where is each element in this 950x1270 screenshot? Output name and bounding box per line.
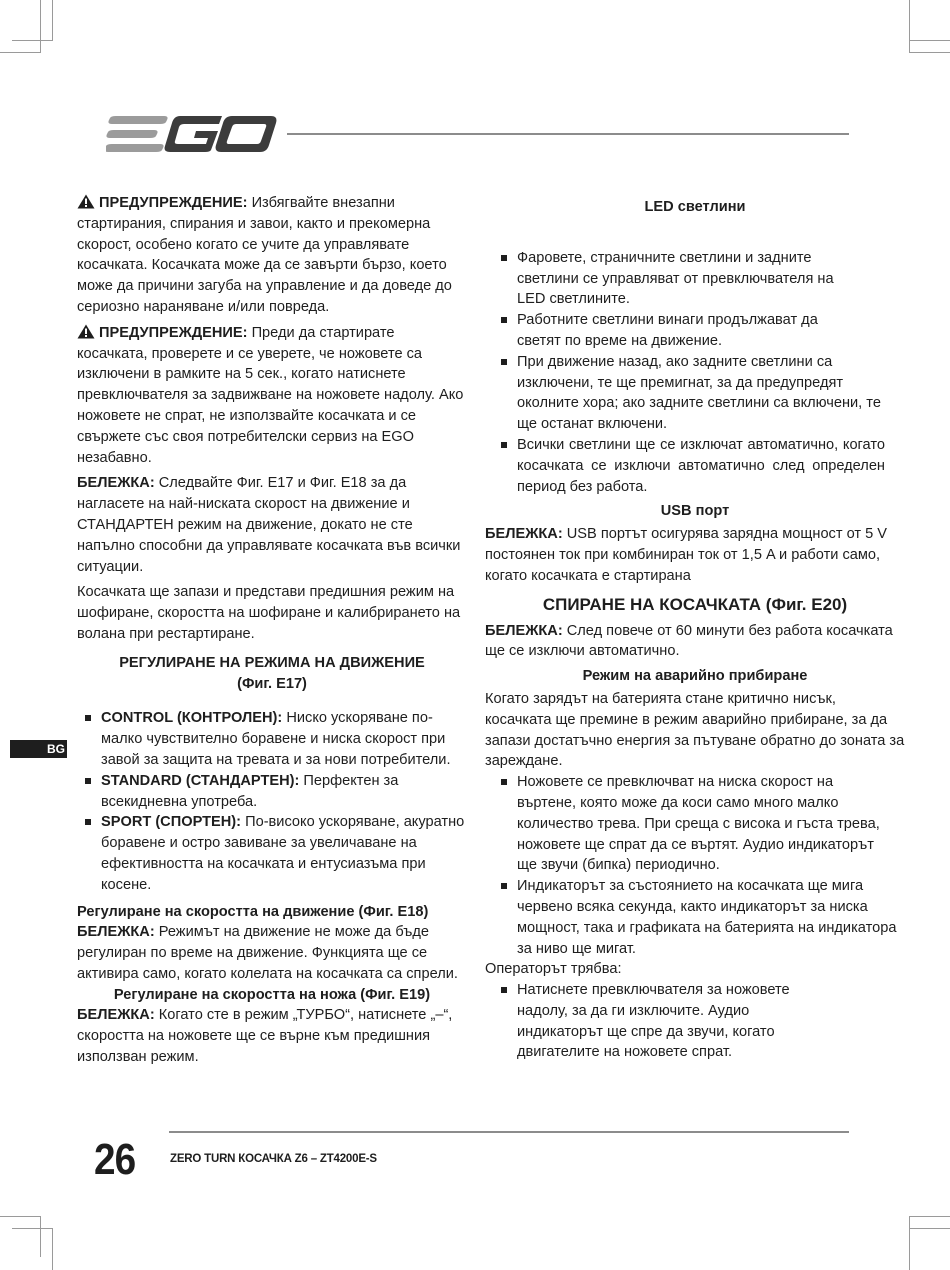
note-usb: БЕЛЕЖКА: USB портът осигурява зарядна мо… (485, 524, 905, 586)
note-auto-shutdown: БЕЛЕЖКА: След повече от 60 минути без ра… (485, 621, 905, 663)
square-bullet-icon (85, 778, 91, 784)
footer-title: ZERO TURN КОСАЧКА Z6 – ZT4200E-S (170, 1153, 377, 1165)
note-label: БЕЛЕЖКА: (77, 475, 155, 491)
square-bullet-icon (85, 715, 91, 721)
right-column: LED светлини Фаровете, страничните светл… (485, 197, 905, 1063)
square-bullet-icon (501, 987, 507, 993)
note-label: БЕЛЕЖКА: (77, 924, 155, 940)
left-column: ПРЕДУПРЕЖДЕНИЕ: Избягвайте внезапни стар… (77, 193, 467, 1068)
list-item: Фаровете, страничните светлини и задните… (485, 248, 905, 310)
square-bullet-icon (501, 442, 507, 448)
heading-stopping-mower: СПИРАНЕ НА КОСАЧКАТА (Фиг. E20) (485, 593, 905, 617)
square-bullet-icon (501, 779, 507, 785)
para-limp-home: Когато зарядът на батерията стане критич… (485, 689, 905, 772)
square-bullet-icon (501, 359, 507, 365)
square-bullet-icon (501, 883, 507, 889)
warning-label: ПРЕДУПРЕЖДЕНИЕ: (99, 195, 248, 211)
heading-usb-port: USB порт (485, 501, 905, 522)
warning-label: ПРЕДУПРЕЖДЕНИЕ: (99, 325, 248, 341)
language-tab: BG (10, 740, 67, 758)
limp-home-list: Ножовете се превключват на ниска скорост… (485, 772, 905, 959)
list-item: Всички светлини ще се изключат автоматич… (485, 435, 905, 497)
para-memory: Косачката ще запази и представи предишни… (77, 582, 467, 644)
list-item: При движение назад, ако задните светлини… (485, 352, 905, 435)
drive-mode-list: CONTROL (КОНТРОЛЕН): Ниско ускоряване по… (77, 708, 467, 895)
footer-rule (169, 1131, 849, 1133)
square-bullet-icon (85, 819, 91, 825)
note-label: БЕЛЕЖКА: (77, 1007, 155, 1023)
note-lowest-speed: БЕЛЕЖКА: Следвайте Фиг. E17 и Фиг. E18 з… (77, 473, 467, 577)
page-number: 26 (94, 1135, 135, 1185)
list-item-control-mode: CONTROL (КОНТРОЛЕН): Ниско ускоряване по… (77, 708, 467, 770)
warning-triangle-icon (77, 194, 95, 209)
list-item: Ножовете се превключват на ниска скорост… (485, 772, 905, 876)
header-rule (287, 133, 849, 135)
list-item-sport-mode: SPORT (СПОРТЕН): По-високо ускоряване, а… (77, 812, 467, 895)
warning-blades-check: ПРЕДУПРЕЖДЕНИЕ: Преди да стартирате коса… (77, 323, 467, 469)
list-item: Работните светлини винаги продължават да… (485, 310, 905, 352)
heading-limp-home-mode: Режим на аварийно прибиране (485, 666, 905, 687)
warning-triangle-icon (77, 324, 95, 339)
note-label: БЕЛЕЖКА: (485, 526, 563, 542)
operator-label: Операторът трябва: (485, 959, 905, 980)
list-item: Натиснете превключвателя за ножовете над… (485, 980, 905, 1063)
square-bullet-icon (501, 317, 507, 323)
heading-drive-mode: РЕГУЛИРАНЕ НА РЕЖИМА НА ДВИЖЕНИЕ (Фиг. E… (77, 653, 467, 695)
warning-sudden-movements: ПРЕДУПРЕЖДЕНИЕ: Избягвайте внезапни стар… (77, 193, 467, 318)
note-drive-mode-adjust: БЕЛЕЖКА: Режимът на движение не може да … (77, 922, 467, 984)
heading-drive-speed: Регулиране на скоростта на движение (Фиг… (77, 902, 467, 923)
operator-list: Натиснете превключвателя за ножовете над… (485, 980, 905, 1063)
heading-led-lights: LED светлини (485, 197, 905, 218)
note-label: БЕЛЕЖКА: (485, 623, 563, 639)
list-item-standard-mode: STANDARD (СТАНДАРТЕН): Перфектен за всек… (77, 771, 467, 813)
ego-logo (106, 114, 278, 154)
led-list: Фаровете, страничните светлини и задните… (485, 248, 905, 498)
heading-blade-speed: Регулиране на скоростта на ножа (Фиг. E1… (77, 985, 467, 1006)
note-turbo: БЕЛЕЖКА: Когато сте в режим „ТУРБО“, нат… (77, 1005, 467, 1067)
square-bullet-icon (501, 255, 507, 261)
list-item: Индикаторът за състоянието на косачката … (485, 876, 905, 959)
